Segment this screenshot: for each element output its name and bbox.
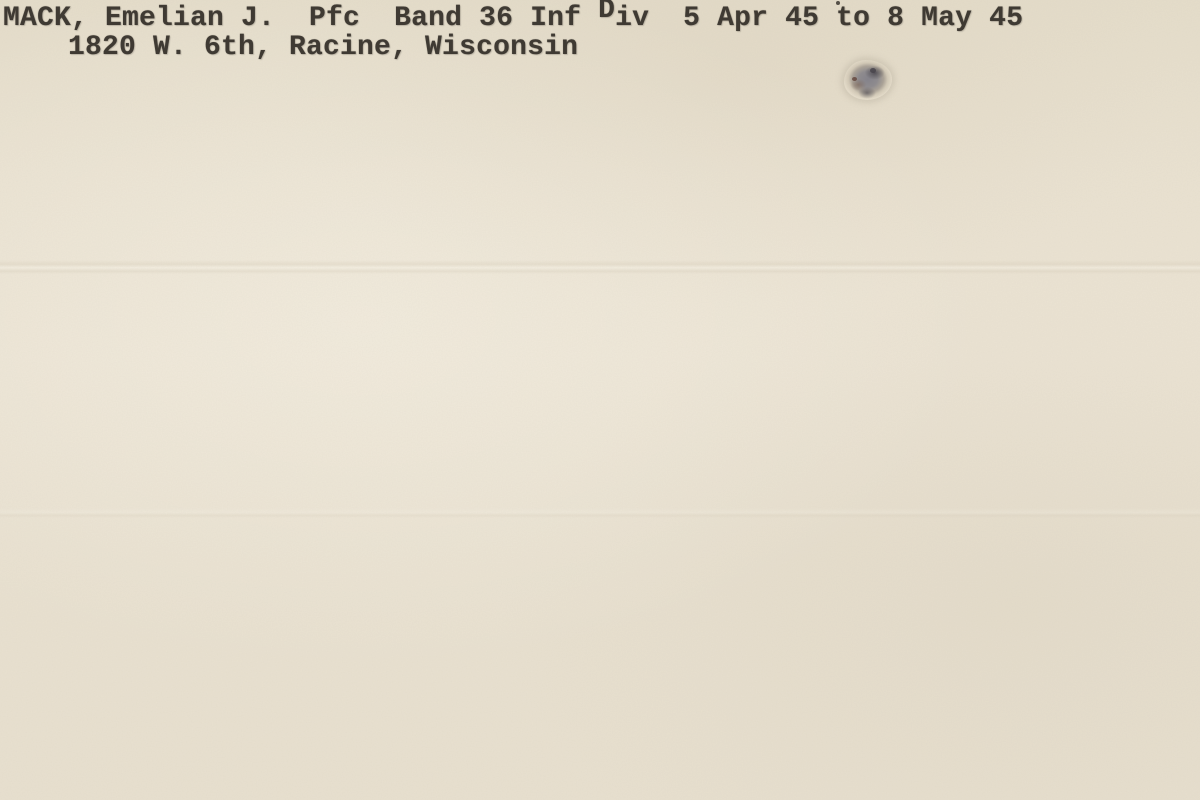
ink-blot-speck [870, 68, 876, 73]
typed-line-2: 1820 W. 6th, Racine, Wisconsin [68, 33, 578, 63]
typed-line-1-post: iv 5 Apr 45 to 8 May 45 [615, 3, 1023, 34]
typed-raised-letter: D [598, 0, 615, 26]
ink-blot-speck [852, 77, 857, 81]
typed-line-1: MACK, Emelian J. Pfc Band 36 Inf Div 5 A… [3, 4, 1023, 34]
paper-grain-texture [0, 0, 1200, 800]
stray-ink-dot [836, 1, 840, 5]
index-card: MACK, Emelian J. Pfc Band 36 Inf Div 5 A… [0, 0, 1200, 800]
paper-crease [0, 508, 1200, 518]
paper-crease [0, 260, 1200, 274]
ink-blot-artifact [844, 60, 892, 100]
typed-line-1-pre: MACK, Emelian J. Pfc Band 36 Inf [3, 3, 598, 34]
